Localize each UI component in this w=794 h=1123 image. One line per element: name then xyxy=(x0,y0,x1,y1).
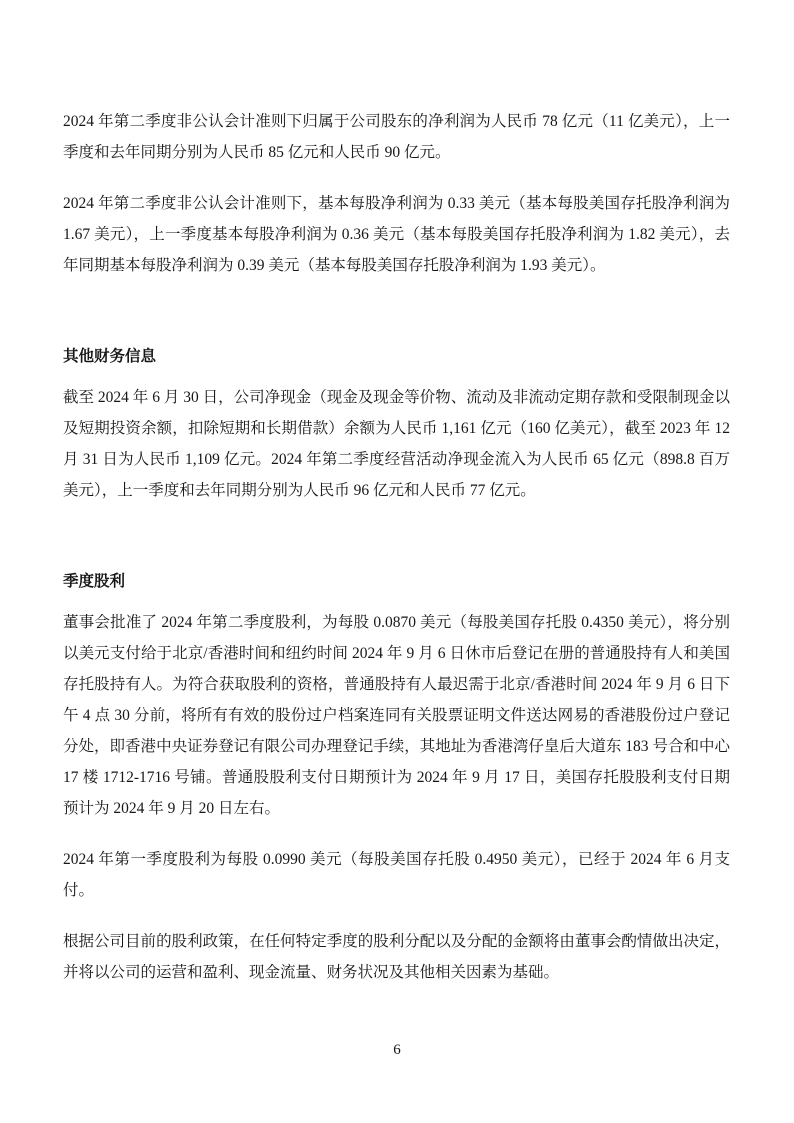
document-page: 2024 年第二季度非公认会计准则下归属于公司股东的净利润为人民币 78 亿元（… xyxy=(0,0,794,1123)
heading-other-financial-info: 其他财务信息 xyxy=(63,341,730,372)
page-content: 2024 年第二季度非公认会计准则下归属于公司股东的净利润为人民币 78 亿元（… xyxy=(63,0,730,1008)
paragraph-non-gaap-eps: 2024 年第二季度非公认会计准则下，基本每股净利润为 0.33 美元（基本每股… xyxy=(63,188,730,281)
paragraph-dividend-q1: 2024 年第一季度股利为每股 0.0990 美元（每股美国存托股 0.4950… xyxy=(63,844,730,906)
paragraph-non-gaap-net-income: 2024 年第二季度非公认会计准则下归属于公司股东的净利润为人民币 78 亿元（… xyxy=(63,106,730,168)
paragraph-net-cash: 截至 2024 年 6 月 30 日，公司净现金（现金及现金等价物、流动及非流动… xyxy=(63,382,730,506)
paragraph-dividend-q2: 董事会批准了 2024 年第二季度股利，为每股 0.0870 美元（每股美国存托… xyxy=(63,607,730,824)
page-number: 6 xyxy=(393,1042,401,1058)
page-footer: 6 xyxy=(0,1040,794,1060)
heading-quarterly-dividend: 季度股利 xyxy=(63,566,730,597)
paragraph-dividend-policy: 根据公司目前的股利政策，在任何特定季度的股利分配以及分配的金额将由董事会酌情做出… xyxy=(63,926,730,988)
